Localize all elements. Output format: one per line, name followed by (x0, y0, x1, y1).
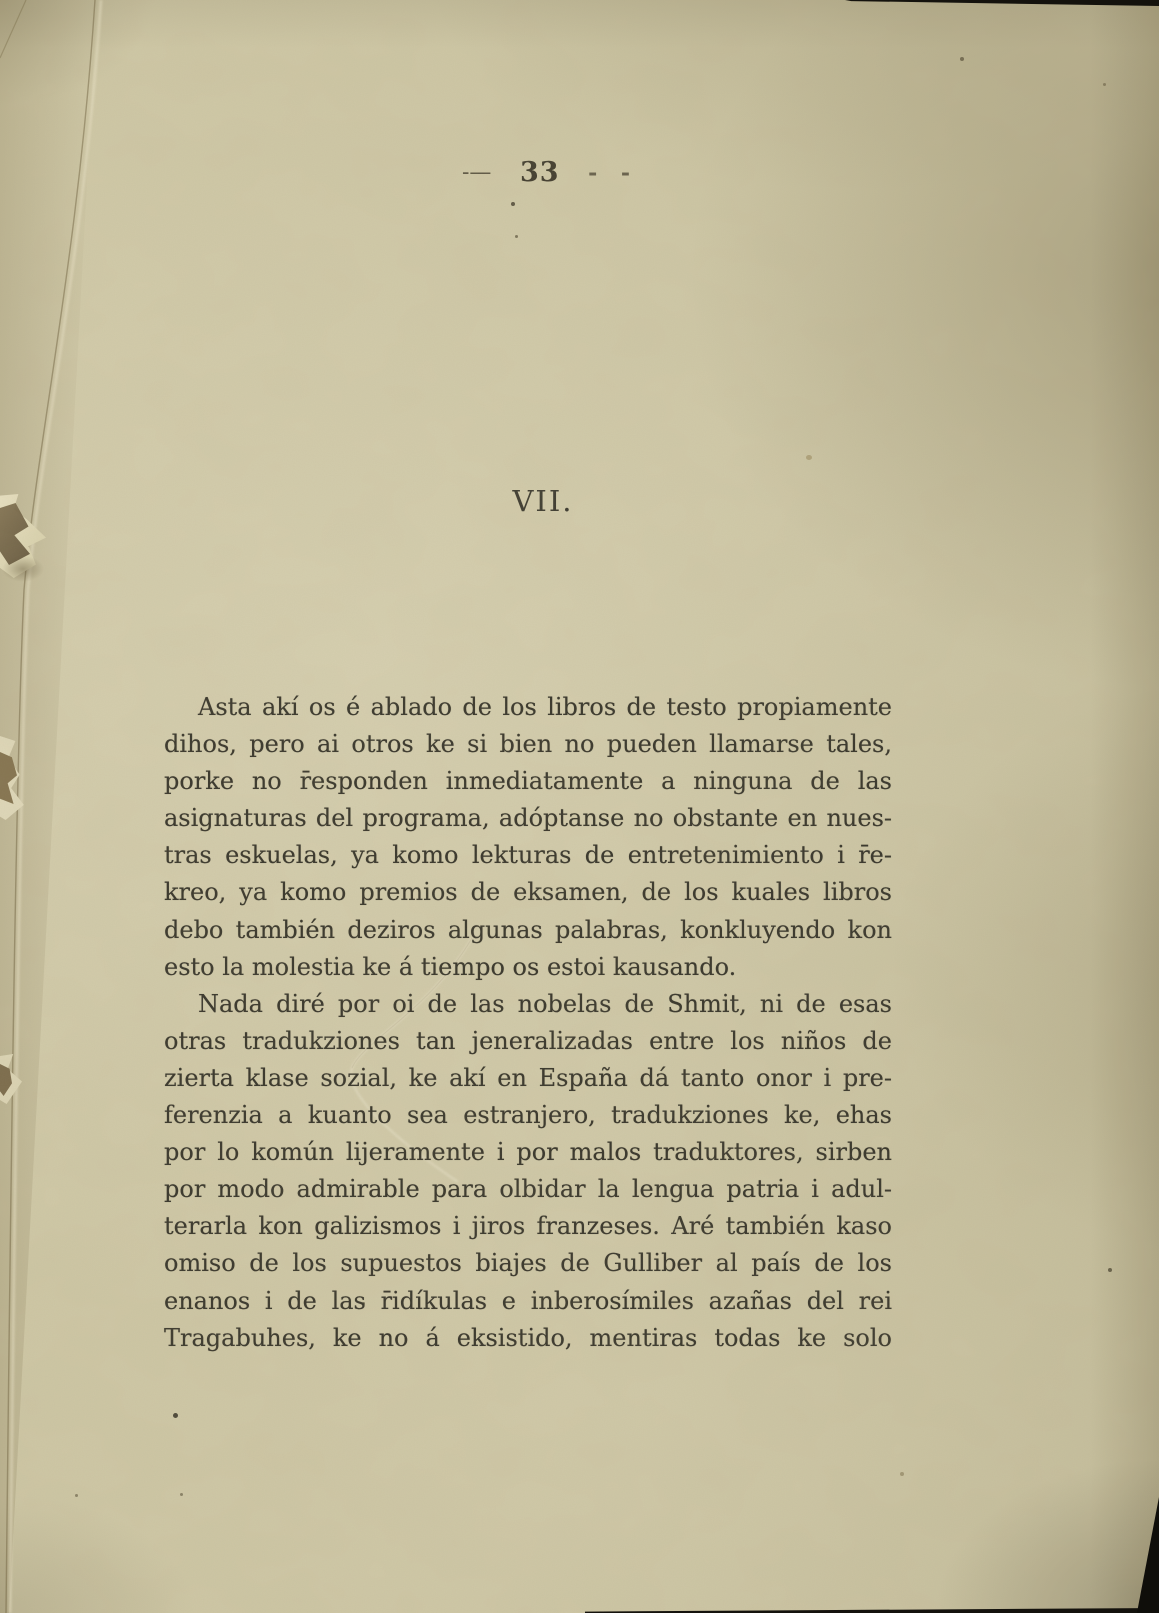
paper-speck (75, 1494, 78, 1497)
paragraph: Nada diré por oi de las nobelas de Shmit… (164, 986, 892, 1357)
book-page-scan: -— 33 - - VII. Asta akí os é ablado de l… (0, 0, 1159, 1613)
section-heading: VII. (0, 484, 1086, 518)
text-line: asignaturas del programa, adóptanse no o… (164, 800, 892, 837)
folio-dash-left: -— (462, 160, 491, 185)
text-line: debo también deziros algunas palabras, k… (164, 912, 892, 949)
text-line: esto la molestia ke á tiempo os estoi ka… (164, 949, 892, 986)
paper-speck (960, 57, 964, 61)
paper-speck (806, 455, 812, 460)
paper-speck (1103, 83, 1106, 86)
text-line: porke no r̄esponden inmediatamente a nin… (164, 763, 892, 800)
text-line: enanos i de las r̄idíkulas e inberosímil… (164, 1283, 892, 1320)
text-line: por lo komún lijeramente i por malos tra… (164, 1134, 892, 1171)
folio-dash-right: - - (588, 160, 638, 186)
text-line: Tragabuhes, ke no á eksistido, mentiras … (164, 1320, 892, 1357)
text-line: tras eskuelas, ya komo lekturas de entre… (164, 837, 892, 874)
text-line: omiso de los supuestos biajes de Gullibe… (164, 1245, 892, 1282)
page-header-folio: -— 33 - - (462, 157, 638, 188)
text-line: otras tradukziones tan jeneralizadas ent… (164, 1023, 892, 1060)
text-line: Asta akí os é ablado de los libros de te… (164, 689, 892, 726)
paper-tear-large-shadow (2, 556, 44, 582)
paper-speck (180, 1493, 183, 1496)
paper-speck (900, 1472, 904, 1476)
paper-speck (173, 1413, 178, 1418)
text-line: ferenzia a kuanto sea estranjero, traduk… (164, 1097, 892, 1134)
photo-background-bottom-edge (585, 1608, 1159, 1613)
paper-speck (511, 202, 515, 206)
photo-background-corner-wedge (1135, 1497, 1159, 1613)
text-line: terarla kon galizismos i jiros franzeses… (164, 1208, 892, 1245)
text-line: por modo admirable para olbidar la lengu… (164, 1171, 892, 1208)
paper-speck (515, 235, 518, 238)
body-text: Asta akí os é ablado de los libros de te… (164, 689, 892, 1357)
text-line: kreo, ya komo premios de eksamen, de los… (164, 874, 892, 911)
photo-background-top-edge (845, 0, 1159, 6)
text-line: Nada diré por oi de las nobelas de Shmit… (164, 986, 892, 1023)
paper-speck (1108, 1268, 1112, 1272)
text-line: zierta klase sozial, ke akí en España dá… (164, 1060, 892, 1097)
text-line: dihos, pero ai otros ke si bien no puede… (164, 726, 892, 763)
page-number: 33 (520, 157, 560, 188)
paragraph: Asta akí os é ablado de los libros de te… (164, 689, 892, 986)
